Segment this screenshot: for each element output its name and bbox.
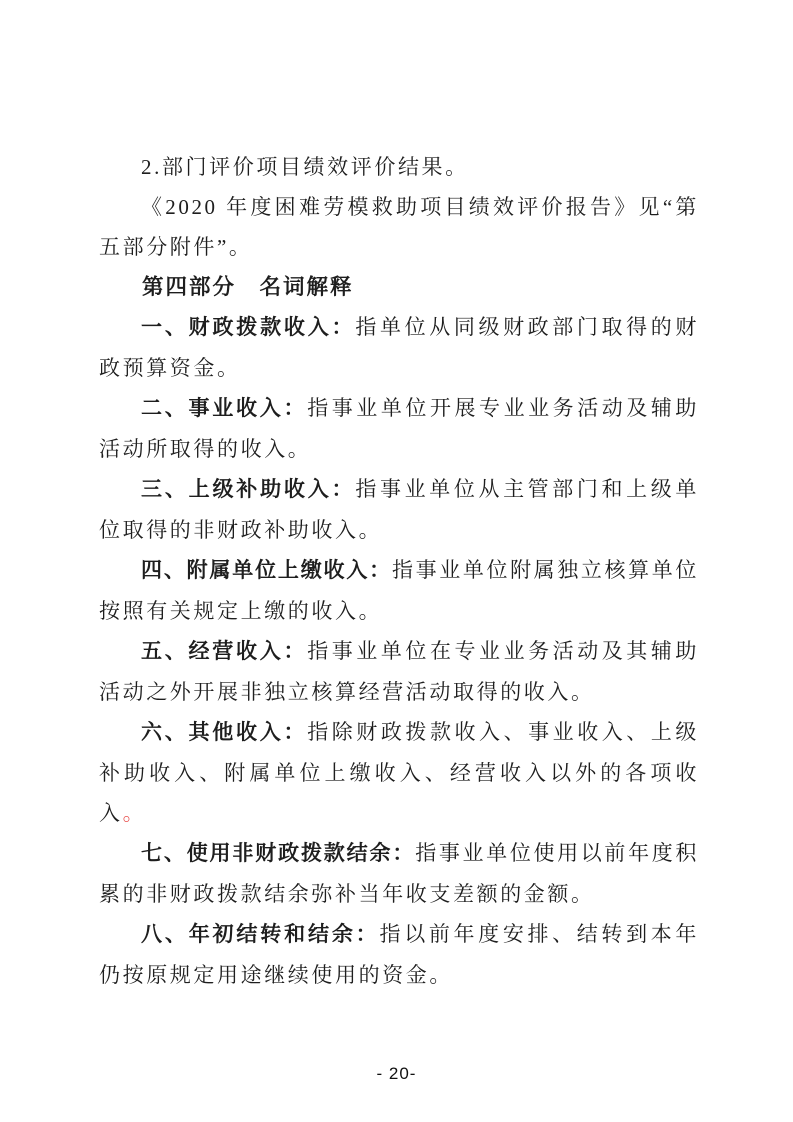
term-paragraph: 七、使用非财政拨款结余：指事业单位使用以前年度积累的非财政拨款结余弥补当年收支差… [99,833,699,914]
document-page: 2.部门评价项目绩效评价结果。 《2020 年度困难劳模救助项目绩效评价报告》见… [0,0,793,1122]
term-paragraph: 四、附属单位上缴收入：指事业单位附属独立核算单位按照有关规定上缴的收入。 [99,550,699,631]
intro-paragraph: 《2020 年度困难劳模救助项目绩效评价报告》见“第五部分附件”。 [99,187,699,267]
document-body: 2.部门评价项目绩效评价结果。 《2020 年度困难劳模救助项目绩效评价报告》见… [99,147,699,995]
term-paragraph: 六、其他收入：指除财政拨款收入、事业收入、上级补助收入、附属单位上缴收入、经营收… [99,712,699,833]
term-label: 二、事业收入： [141,397,307,420]
term-paragraph: 八、年初结转和结余：指以前年度安排、结转到本年仍按原规定用途继续使用的资金。 [99,914,699,995]
term-label: 三、上级补助收入： [141,478,355,501]
term-label: 四、附属单位上缴收入： [141,559,392,582]
term-label: 六、其他收入： [141,721,307,744]
intro-paragraph: 2.部门评价项目绩效评价结果。 [99,147,699,187]
term-tail-red-period: 。 [123,801,147,825]
term-label: 五、经营收入： [141,640,307,663]
page-number: - 20- [0,1064,793,1084]
term-paragraph: 一、财政拨款收入：指单位从同级财政部门取得的财政预算资金。 [99,307,699,388]
term-paragraph: 三、上级补助收入：指事业单位从主管部门和上级单位取得的非财政补助收入。 [99,469,699,550]
term-label: 八、年初结转和结余： [141,923,380,946]
term-paragraph: 二、事业收入：指事业单位开展专业业务活动及辅助活动所取得的收入。 [99,388,699,469]
term-paragraph: 五、经营收入：指事业单位在专业业务活动及其辅助活动之外开展非独立核算经营活动取得… [99,631,699,712]
term-label: 七、使用非财政拨款结余： [141,842,415,865]
section-heading: 第四部分 名词解释 [99,267,699,307]
term-label: 一、财政拨款收入： [141,316,355,339]
